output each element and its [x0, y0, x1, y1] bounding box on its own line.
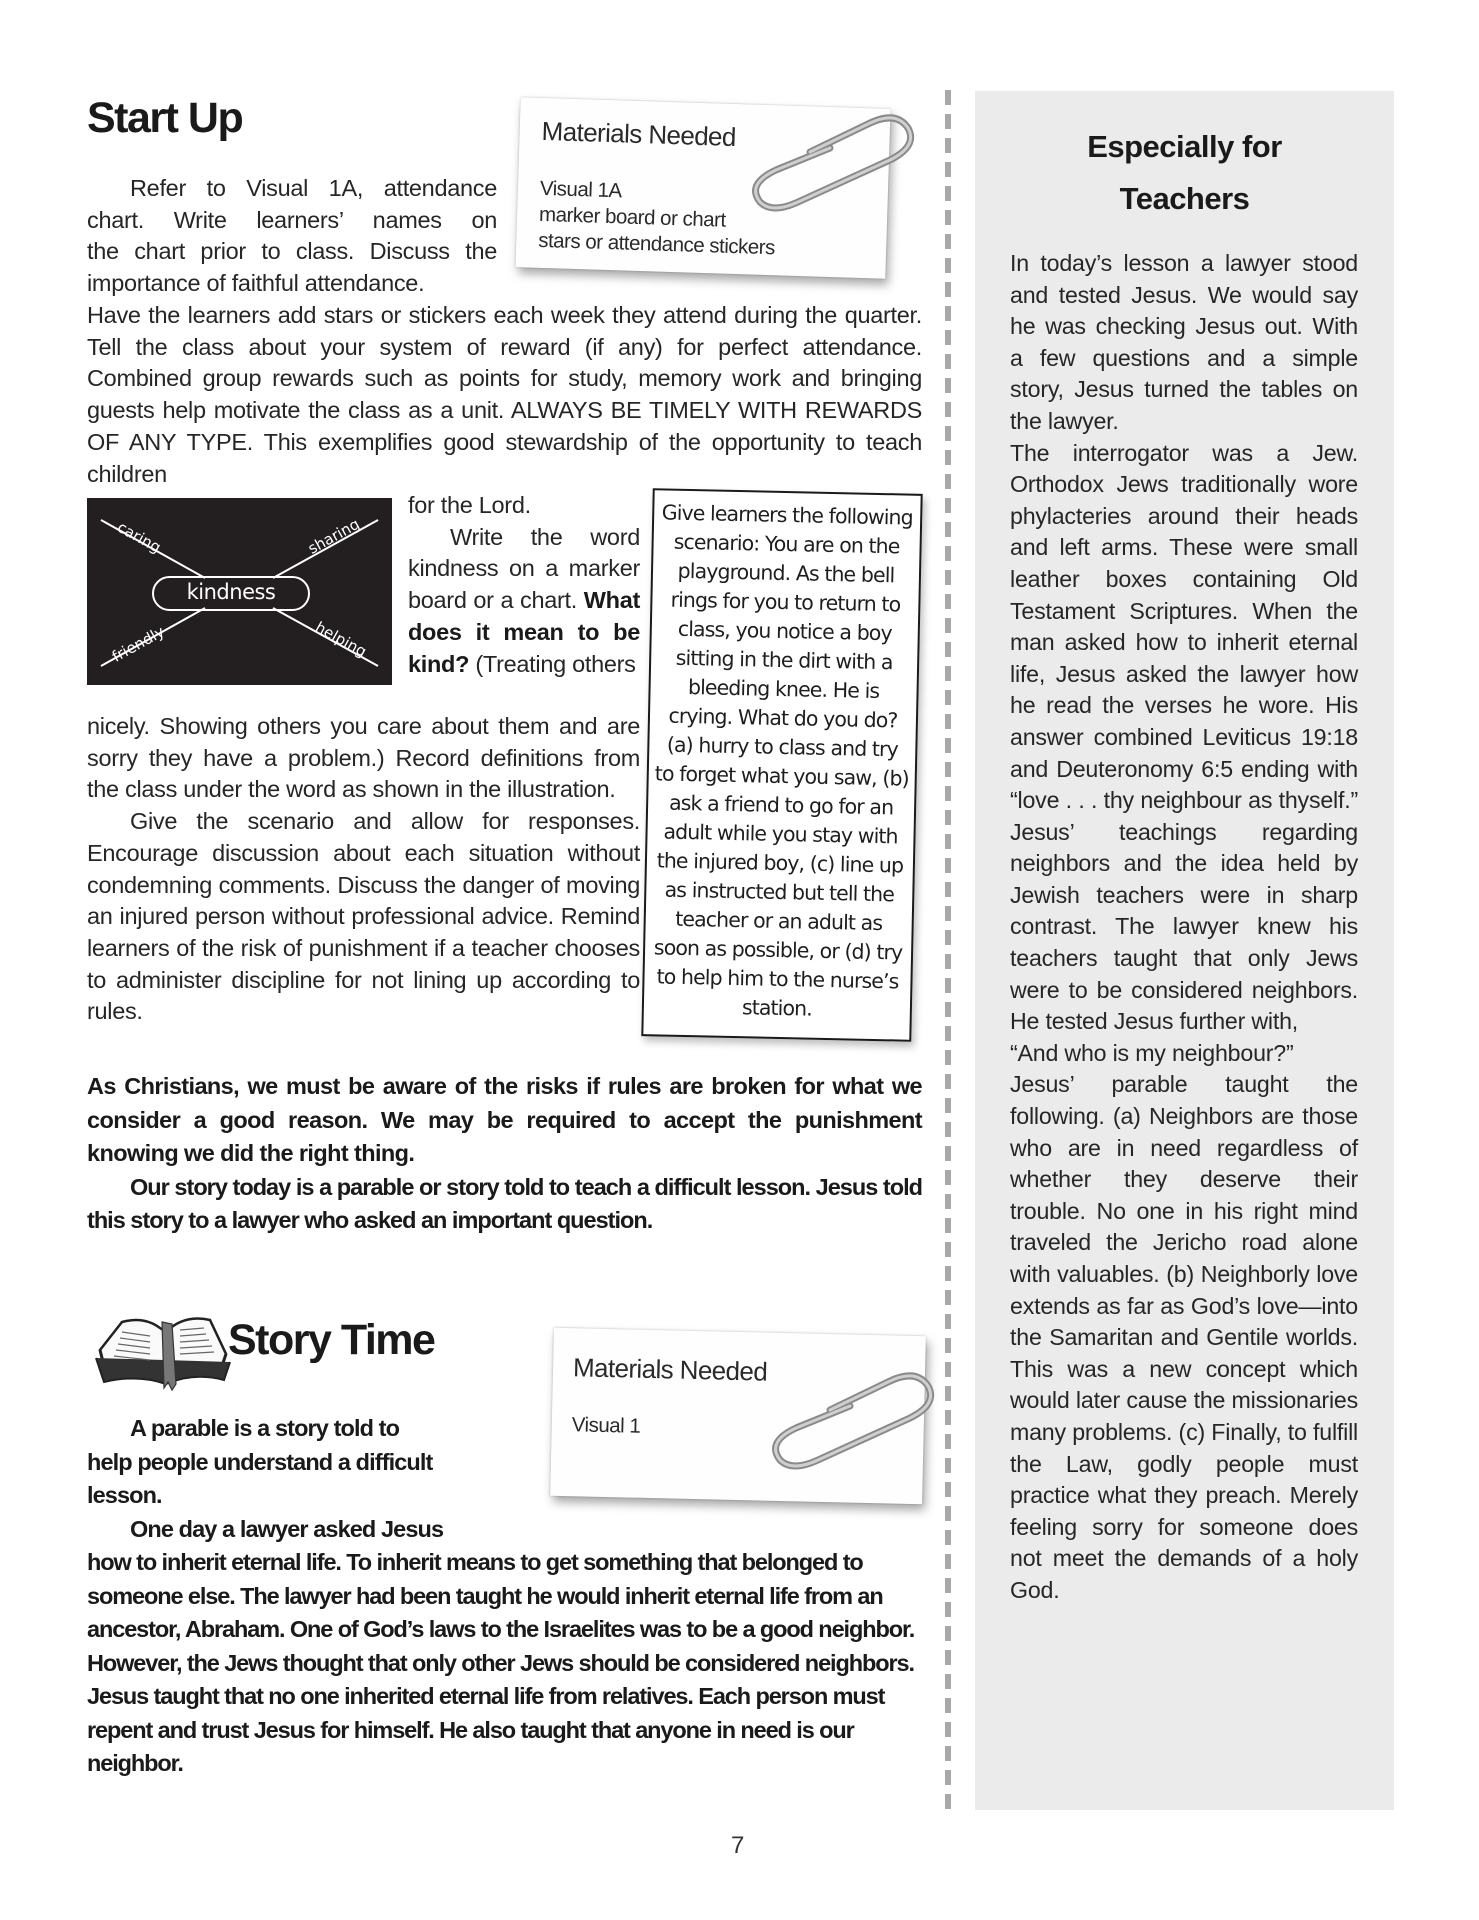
column-divider	[945, 90, 951, 1810]
story-intro-text: Our story today is a parable or story to…	[87, 1171, 922, 1238]
christian-note-text: As Christians, we must be aware of the r…	[87, 1070, 922, 1171]
attendance-text: Have the learners add stars or stickers …	[87, 300, 922, 490]
parable-line: lesson.	[87, 1479, 527, 1513]
sidebar-title: Especially for Teachers	[975, 121, 1394, 225]
materials-list: Visual 1	[571, 1412, 640, 1440]
for-the-lord-text: for the Lord.	[408, 490, 640, 522]
answer-start: (Treating others	[475, 651, 635, 677]
scenario-instructions: Give the scenario and allow for response…	[87, 806, 640, 1028]
page-number: 7	[731, 1832, 744, 1860]
open-bible-icon	[92, 1310, 232, 1392]
scenario-text: Give learners the following scenario: Yo…	[650, 498, 915, 1025]
story-paragraph-text: how to inherit eternal life. To inherit …	[87, 1546, 922, 1781]
kindness-center-word: kindness	[153, 580, 309, 604]
story-time-heading: Story Time	[228, 1316, 434, 1365]
story-paragraph: how to inherit eternal life. To inherit …	[87, 1546, 922, 1781]
intro-text: Refer to Visual 1A, attendance chart. Wr…	[87, 173, 497, 300]
intro-line: the chart prior to class. Discuss the	[87, 236, 497, 268]
answer-rest: nicely. Showing others you care about th…	[87, 711, 640, 806]
intro-line: Refer to Visual 1A, attendance	[87, 173, 497, 205]
sidebar-paragraph: Jesus’ parable taught the following. (a)…	[1010, 1069, 1358, 1606]
sidebar-quote: “And who is my neighbour?”	[1010, 1038, 1358, 1070]
materials-title: Materials Needed	[573, 1352, 768, 1387]
parable-line: A parable is a story told to	[87, 1412, 527, 1446]
parable-definition: A parable is a story told to help people…	[87, 1412, 527, 1546]
materials-item: Visual 1	[571, 1412, 640, 1440]
write-word-text: for the Lord. Write the word kindness on…	[408, 490, 640, 680]
kindness-diagram: kindness caring sharing friendly helping	[87, 498, 392, 685]
intro-line: importance of faithful attendance.	[87, 268, 497, 300]
christian-note: As Christians, we must be aware of the r…	[87, 1070, 922, 1238]
parable-line: help people understand a difficult	[87, 1446, 527, 1480]
sidebar-title-line: Teachers	[975, 173, 1394, 225]
start-up-heading: Start Up	[87, 94, 242, 143]
sidebar-title-line: Especially for	[975, 121, 1394, 173]
paperclip-icon	[740, 112, 920, 212]
lawyer-line: One day a lawyer asked Jesus	[87, 1513, 527, 1547]
lesson-page: Start Up Materials Needed Visual 1A mark…	[0, 0, 1479, 1920]
write-word-paragraph: Write the word kindness on a marker boar…	[408, 522, 640, 681]
intro-line: chart. Write learners’ names on	[87, 205, 497, 237]
especially-for-teachers-sidebar: Especially for Teachers In today’s lesso…	[975, 91, 1394, 1810]
sidebar-paragraph: In today’s lesson a lawyer stood and tes…	[1010, 248, 1358, 438]
definitions-paragraph: nicely. Showing others you care about th…	[87, 711, 640, 1028]
materials-title: Materials Needed	[541, 116, 736, 153]
attendance-paragraph: Have the learners add stars or stickers …	[87, 300, 922, 490]
sidebar-body: In today’s lesson a lawyer stood and tes…	[1010, 248, 1358, 1607]
scenario-box: Give learners the following scenario: Yo…	[641, 488, 922, 1042]
paperclip-icon	[760, 1370, 940, 1470]
sidebar-paragraph: The interrogator was a Jew. Orthodox Jew…	[1010, 438, 1358, 1038]
